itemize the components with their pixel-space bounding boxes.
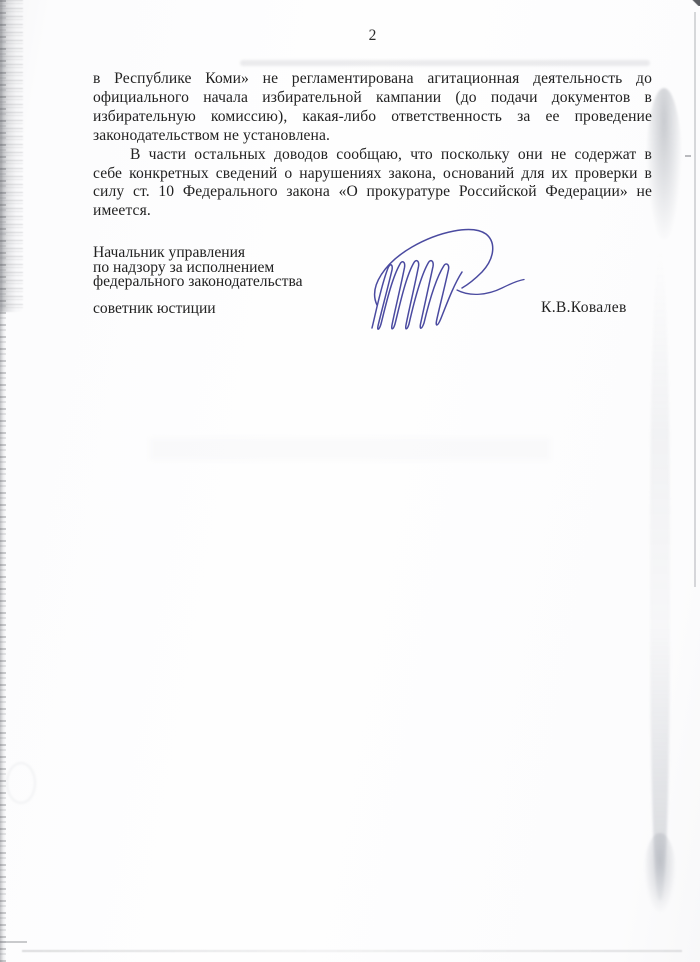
signature-tail-stroke (457, 280, 524, 295)
page-number: 2 (93, 27, 652, 45)
scan-streak-right (650, 250, 670, 900)
signature-zigzag-stroke (372, 261, 462, 330)
signature-icon (350, 220, 535, 335)
paragraph-line: официального начала избирательной кампан… (93, 89, 652, 108)
scan-smudge-right-lower (644, 833, 676, 913)
signer-name: К.В.Ковалев (541, 299, 627, 317)
paragraph-line: себе конкретных сведений о нарушениях за… (93, 165, 652, 184)
document-body: в Республике Коми» не регламентирована а… (93, 70, 652, 221)
scan-edge-noise-strip (0, 0, 23, 312)
paragraph-line: В части остальных доводов сообщаю, что п… (93, 146, 652, 165)
signer-title-block: Начальник управления по надзору за испол… (93, 246, 393, 290)
paragraph-line: в Республике Коми» не регламентирована а… (93, 70, 652, 89)
scan-dash-mark (685, 155, 691, 157)
scan-faint-ring-smudge (6, 762, 36, 804)
paragraph-line: силу ст. 10 Федерального закона «О проку… (93, 183, 652, 202)
signer-rank-label: советник юстиции (93, 300, 216, 318)
scan-faint-band-middle (150, 438, 550, 460)
scan-band-artifact (240, 60, 650, 66)
paragraph-line: избирательную комиссию), какая-либо отве… (93, 108, 652, 127)
scanned-document-page: 2 в Республике Коми» не регламентирована… (0, 0, 700, 962)
paragraph-line: законодательством не установлена. (93, 127, 652, 146)
paragraph-2: В части остальных доводов сообщаю, что п… (93, 146, 652, 222)
scan-edge-line-left (0, 0, 6, 962)
scan-bottom-edge-line (22, 950, 682, 952)
scan-corner-mark (691, 0, 700, 6)
scan-vertical-line-right (694, 12, 696, 587)
scan-bottom-left-mark (0, 941, 27, 943)
signer-title-line: федерального законодательства (93, 275, 393, 290)
paragraph-line: имеется. (93, 202, 652, 221)
paragraph-1: в Республике Коми» не регламентирована а… (93, 70, 652, 146)
